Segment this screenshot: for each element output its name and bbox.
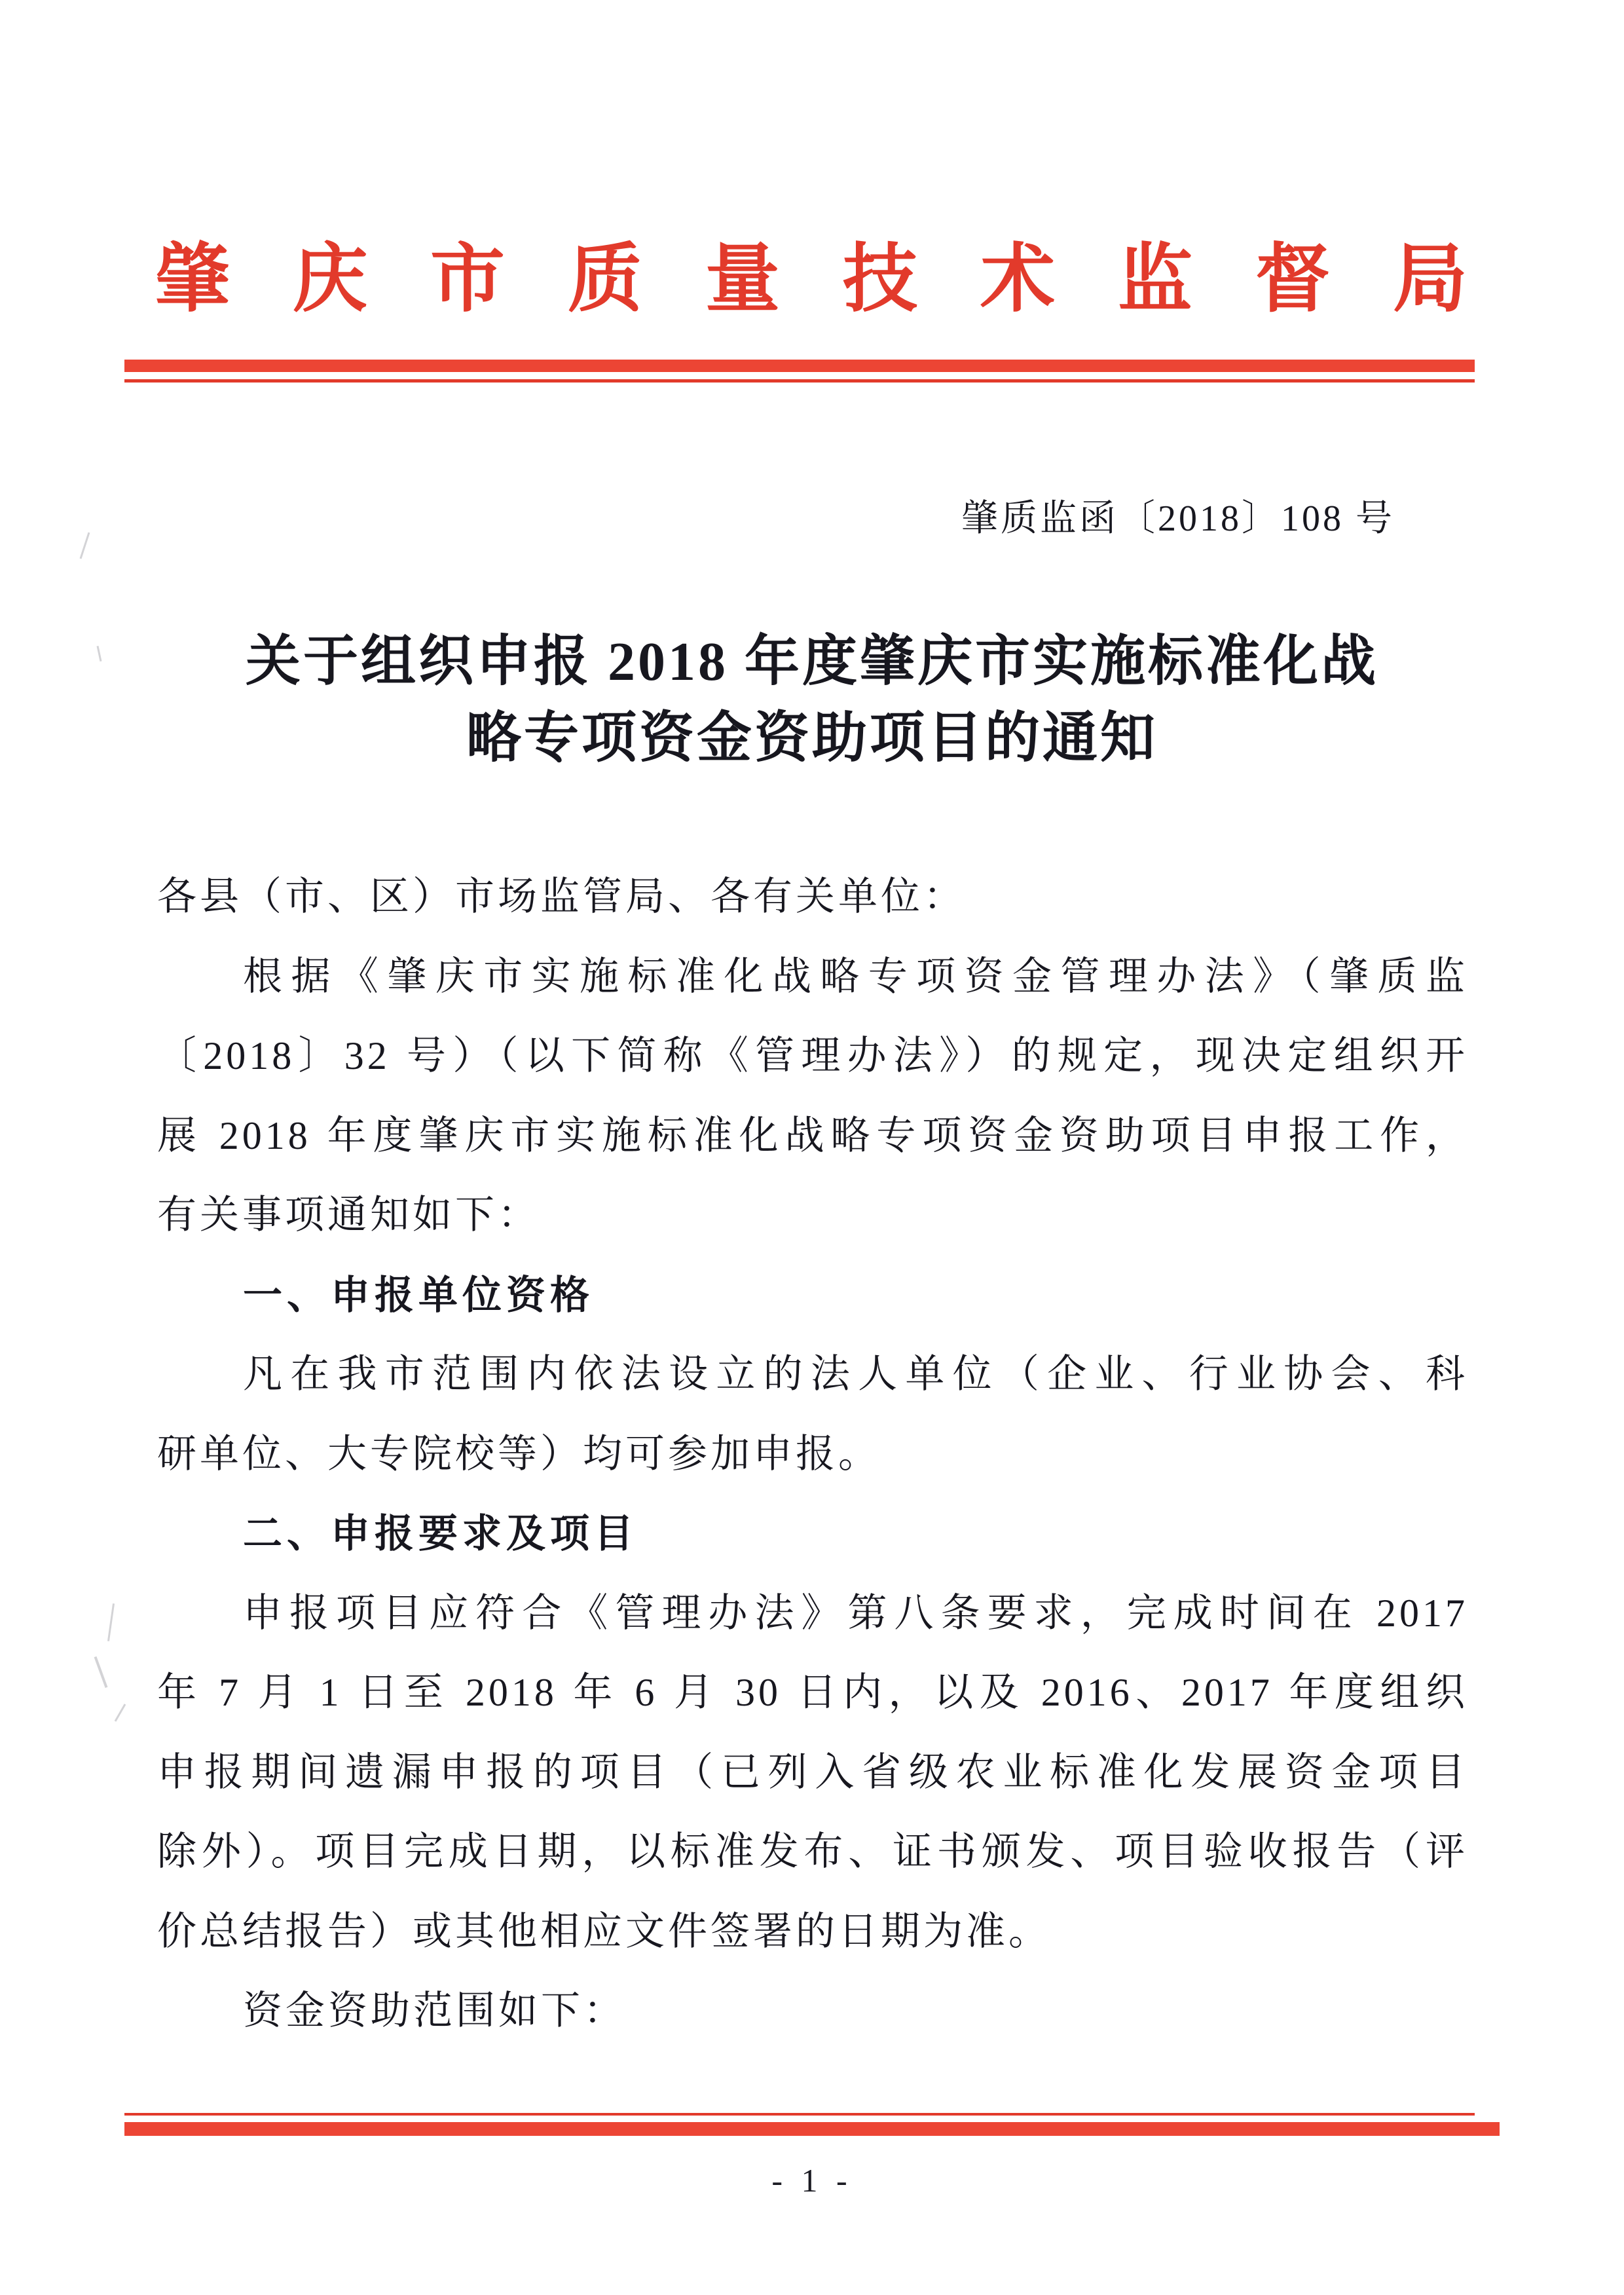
- letterhead-rule-thin: [124, 379, 1475, 382]
- doc-reference-number: 肇质监函〔2018〕108 号: [961, 493, 1395, 545]
- body-line: 年 7 月 1 日至 2018 年 6 月 30 日内，以及 2016、2017…: [157, 1653, 1468, 1733]
- document-title-line2: 略专项资金资助项目的通知: [0, 700, 1624, 777]
- page-number: - 1 -: [0, 2161, 1624, 2199]
- letterhead-rule-thick: [124, 360, 1475, 372]
- section-heading: 一、申报单位资格: [157, 1256, 1468, 1335]
- document-title-line1: 关于组织申报 2018 年度肇庆市实施标准化战: [0, 624, 1624, 700]
- body-line: 研单位、大专院校等）均可参加申报。: [157, 1415, 1468, 1495]
- scan-artifact: [94, 1656, 108, 1688]
- footer-rule-thick: [124, 2122, 1500, 2136]
- body-line: 各县（市、区）市场监管局、各有关单位：: [157, 857, 1468, 937]
- body-line: 申报项目应符合《管理办法》第八条要求，完成时间在 2017: [157, 1574, 1468, 1654]
- body-line: 资金资助范围如下：: [157, 1971, 1468, 2051]
- scan-artifact: [107, 1603, 115, 1641]
- document-body: 各县（市、区）市场监管局、各有关单位：根据《肇庆市实施标准化战略专项资金管理办法…: [157, 857, 1468, 2051]
- body-line: 有关事项通知如下：: [157, 1176, 1468, 1256]
- document-page: 肇庆市质量技术监督局 肇质监函〔2018〕108 号 关于组织申报 2018 年…: [0, 0, 1624, 2295]
- body-line: 根据《肇庆市实施标准化战略专项资金管理办法》（肇质监: [157, 937, 1468, 1017]
- section-heading: 二、申报要求及项目: [157, 1494, 1468, 1574]
- body-line: 〔2018〕32 号）（以下简称《管理办法》）的规定，现决定组织开: [157, 1017, 1468, 1096]
- document-title: 关于组织申报 2018 年度肇庆市实施标准化战 略专项资金资助项目的通知: [0, 624, 1624, 777]
- agency-letterhead-title: 肇庆市质量技术监督局: [155, 237, 1530, 322]
- body-line: 价总结报告）或其他相应文件签署的日期为准。: [157, 1892, 1468, 1972]
- footer-rule-thin: [124, 2113, 1475, 2116]
- body-line: 凡在我市范围内依法设立的法人单位（企业、行业协会、科: [157, 1335, 1468, 1415]
- scan-artifact: [115, 1704, 126, 1721]
- body-line: 展 2018 年度肇庆市实施标准化战略专项资金资助项目申报工作，: [157, 1096, 1468, 1176]
- body-line: 除外）。项目完成日期，以标准发布、证书颁发、项目验收报告（评: [157, 1812, 1468, 1892]
- scan-artifact: [80, 532, 90, 559]
- body-line: 申报期间遗漏申报的项目（已列入省级农业标准化发展资金项目: [157, 1733, 1468, 1813]
